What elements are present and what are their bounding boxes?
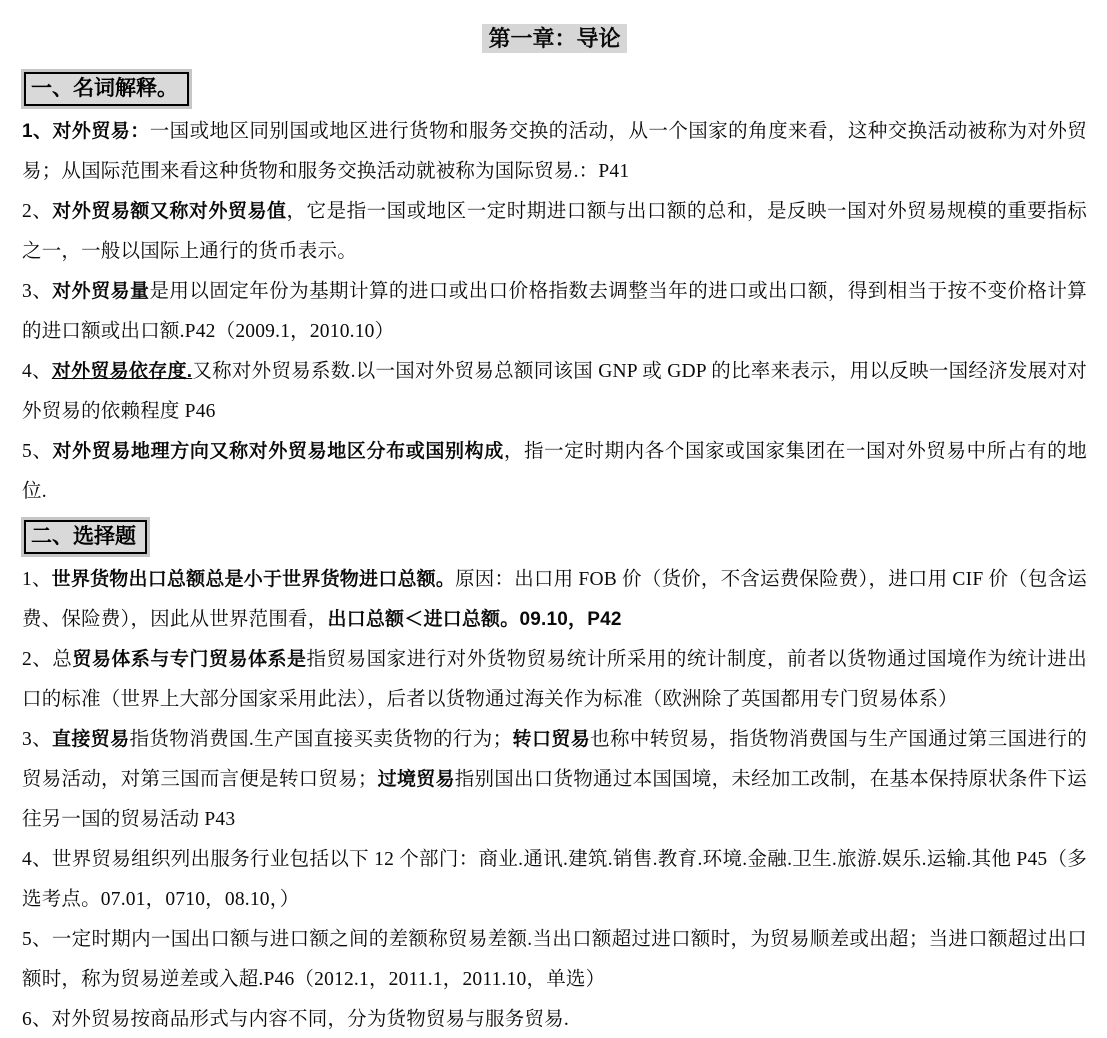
- paragraph: 4、对外贸易依存度.又称对外贸易系数.以一国对外贸易总额同该国 GNP 或 GD…: [22, 352, 1087, 432]
- paragraph: 6、对外贸易按商品形式与内容不同，分为货物贸易与服务贸易.: [22, 1000, 1087, 1038]
- paragraph: 3、对外贸易量是用以固定年份为基期计算的进口或出口价格指数去调整当年的进口或出口…: [22, 272, 1087, 352]
- section-heading-row: 一、名词解释。: [22, 64, 1087, 112]
- paragraph: 1、世界货物出口总额总是小于世界货物进口总额。原因：出口用 FOB 价（货价，不…: [22, 560, 1087, 640]
- paragraph: 4、世界贸易组织列出服务行业包括以下 12 个部门：商业.通讯.建筑.销售.教育…: [22, 840, 1087, 920]
- paragraph: 5、一定时期内一国出口额与进口额之间的差额称贸易差额.当出口额超过进口额时，为贸…: [22, 920, 1087, 1000]
- body-text: 3、: [22, 281, 52, 302]
- body-text: 4、: [22, 361, 52, 382]
- body-text: 1、: [22, 569, 52, 590]
- term-text: 对外贸易依存度.: [52, 361, 192, 382]
- term-text: 对外贸易量: [52, 281, 149, 302]
- term-text: 出口总额＜进口总额。09.10，P42: [327, 609, 621, 630]
- body-text: 6、对外贸易按商品形式与内容不同，分为货物贸易与服务贸易.: [22, 1009, 569, 1030]
- paragraph: 1、对外贸易：一国或地区同别国或地区进行货物和服务交换的活动，从一个国家的角度来…: [22, 112, 1087, 192]
- term-text: 贸易体系与专门贸易体系是: [72, 649, 306, 670]
- paragraph: 2、对外贸易额又称对外贸易值，它是指一国或地区一定时期进口额与出口额的总和，是反…: [22, 192, 1087, 272]
- body-text: 3、: [22, 729, 52, 750]
- body-text: 5、: [22, 441, 53, 462]
- section-heading-row: 二、选择题: [22, 512, 1087, 560]
- paragraph: 3、直接贸易指货物消费国.生产国直接买卖货物的行为；转口贸易也称中转贸易，指货物…: [22, 720, 1087, 840]
- chapter-title-highlight: 第一章：导论: [482, 24, 626, 53]
- paragraph: 2、总贸易体系与专门贸易体系是指贸易国家进行对外货物贸易统计所采用的统计制度，前…: [22, 640, 1087, 720]
- paragraph: 5、对外贸易地理方向又称对外贸易地区分布或国别构成，指一定时期内各个国家或国家集…: [22, 432, 1087, 512]
- section-heading: 一、名词解释。: [24, 72, 189, 106]
- body-text: 2、: [22, 201, 52, 222]
- body-text: 4、世界贸易组织列出服务行业包括以下 12 个部门：商业.通讯.建筑.销售.教育…: [22, 849, 1087, 910]
- term-text: 对外贸易地理方向又称对外贸易地区分布或国别构成: [53, 441, 504, 462]
- term-text: 直接贸易: [52, 729, 130, 750]
- sections-container: 一、名词解释。1、对外贸易：一国或地区同别国或地区进行货物和服务交换的活动，从一…: [22, 64, 1087, 1038]
- chapter-title: 第一章：导论: [22, 24, 1087, 54]
- term-text: 过境贸易: [378, 769, 455, 790]
- body-text: 5、一定时期内一国出口额与进口额之间的差额称贸易差额.当出口额超过进口额时，为贸…: [22, 929, 1087, 990]
- section-heading: 二、选择题: [24, 520, 147, 554]
- body-text: 是用以固定年份为基期计算的进口或出口价格指数去调整当年的进口或出口额，得到相当于…: [22, 281, 1087, 342]
- term-text: 对外贸易额又称对外贸易值: [52, 201, 286, 222]
- term-text: 世界货物出口总额总是小于世界货物进口总额。: [52, 569, 455, 590]
- body-text: 一国或地区同别国或地区进行货物和服务交换的活动，从一个国家的角度来看，这种交换活…: [22, 121, 1087, 182]
- term-text: 转口贸易: [512, 729, 590, 750]
- body-text: 2、总: [22, 649, 72, 670]
- term-text: 1、对外贸易：: [22, 121, 150, 142]
- document-page: 第一章：导论 一、名词解释。1、对外贸易：一国或地区同别国或地区进行货物和服务交…: [0, 0, 1107, 1038]
- body-text: 指货物消费国.生产国直接买卖货物的行为；: [130, 729, 513, 750]
